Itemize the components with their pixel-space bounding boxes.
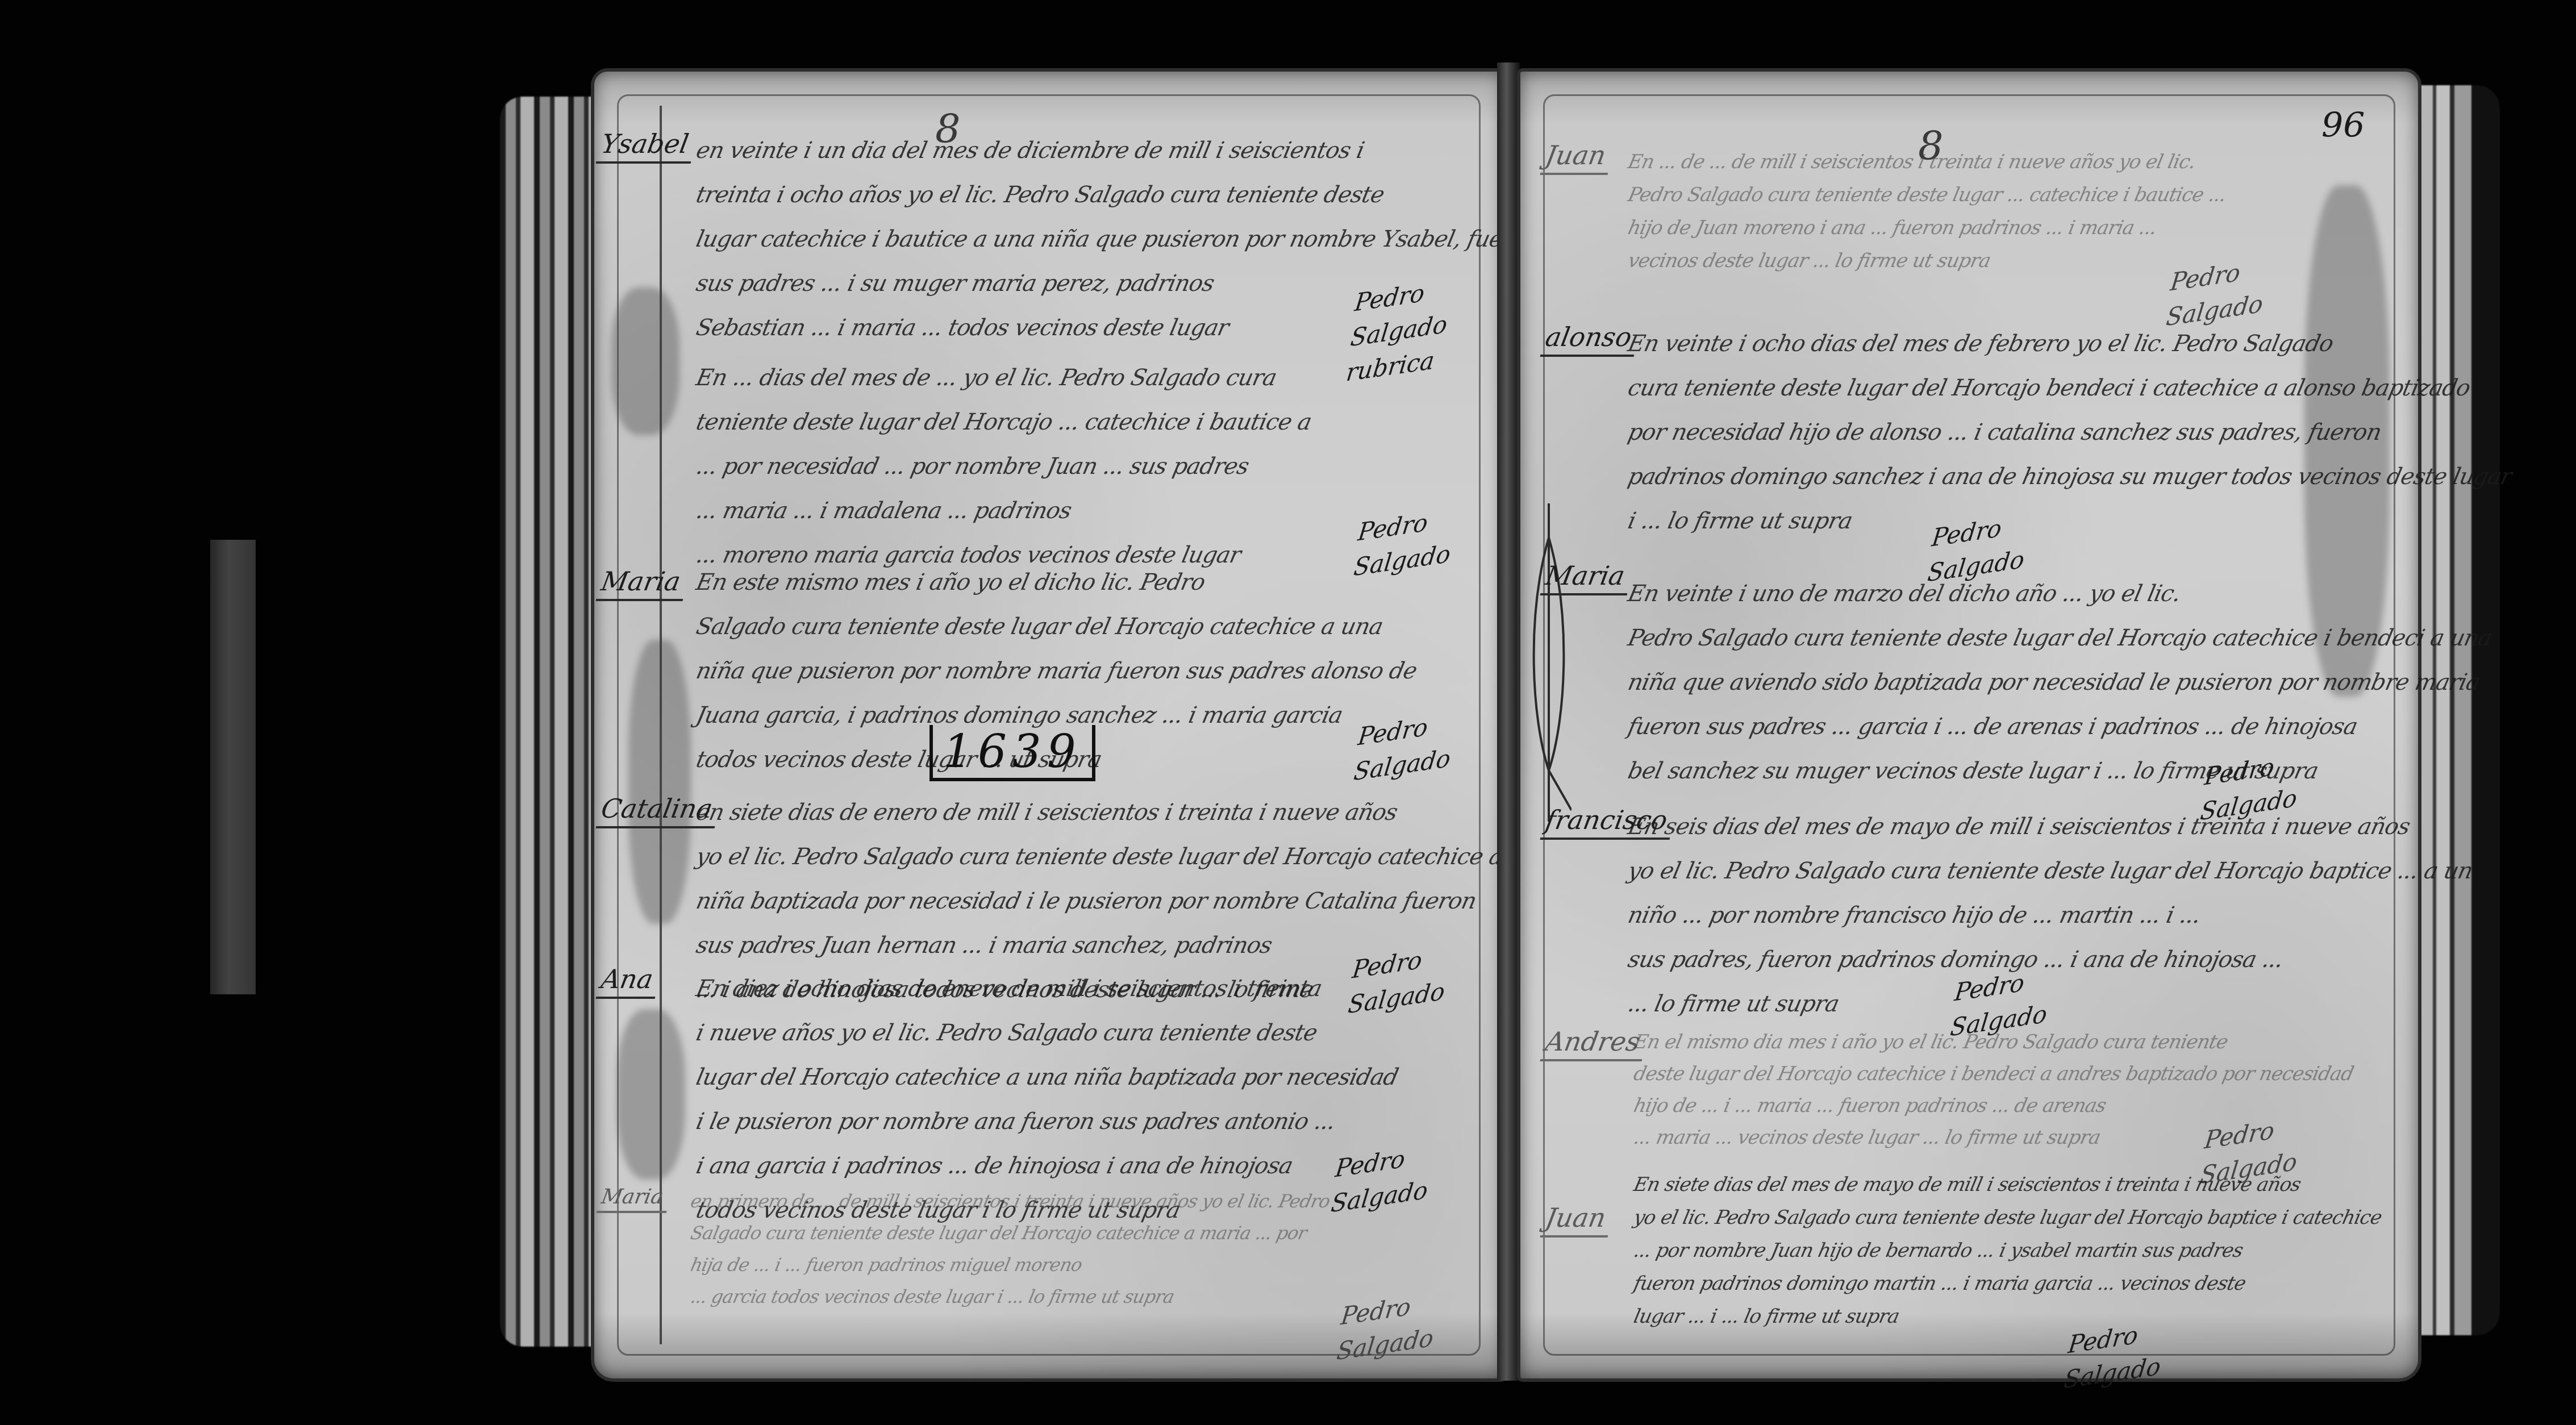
entry-line: En siete dias del mes de mayo de mill i …	[1631, 1168, 2385, 1201]
baptism-entry: En ... de ... de mill i seiscientos i tr…	[1628, 145, 2225, 277]
entry-line: Pedro Salgado cura teniente deste lugar …	[1624, 616, 2496, 660]
baptism-entry: en primero de ... de mill i seiscientos …	[691, 1185, 1329, 1313]
entry-line: En diez i ocho dias de enero de mill i s…	[692, 966, 1402, 1011]
entry-line: niño ... por nombre francisco hijo de ..…	[1624, 893, 2477, 938]
entry-line: ... maria ... i madalena ... padrinos	[692, 489, 1316, 533]
entry-line: i nueve años yo el lic. Pedro Salgado cu…	[692, 1011, 1402, 1055]
book-spine	[1497, 63, 1520, 1381]
baptism-entry: En veinte i uno de marzo del dicho año .…	[1628, 572, 2491, 793]
entry-line: ... garcia todos vecinos deste lugar i .…	[687, 1281, 1333, 1313]
entry-line: teniente deste lugar del Horcajo ... cat…	[692, 400, 1316, 444]
margin-name-ana: Ana	[596, 964, 661, 999]
entry-line: lugar ... i ... lo firme ut supra	[1631, 1300, 2385, 1333]
margin-name-maria: Maria	[1540, 560, 1633, 595]
entry-line: En veinte i uno de marzo del dicho año .…	[1624, 572, 2496, 616]
entry-line: ... por necesidad ... por nombre Juan ..…	[692, 444, 1316, 489]
water-stain	[611, 287, 680, 435]
entry-line: hijo de Juan moreno i ana ... fueron pad…	[1625, 211, 2229, 244]
scan-edge-strip	[210, 540, 256, 994]
entry-line: en primero de ... de mill i seiscientos …	[687, 1185, 1333, 1217]
margin-name-maria: Maria	[596, 566, 689, 601]
entry-line: En ... dias del mes de ... yo el lic. Pe…	[692, 356, 1316, 400]
curate-signature: Pedro Salgado	[2062, 1314, 2167, 1397]
margin-name-juan: Juan	[1540, 1202, 1614, 1237]
baptism-entry: En seis dias del mes de mayo de mill i s…	[1628, 805, 2472, 1026]
entry-line: en veinte i un dia del mes de diciembre …	[692, 128, 1545, 173]
right-page: 8 96 Juan En ... de ... de mill i seisci…	[1517, 68, 2421, 1382]
entry-line: en siete dias de enero de mill i seiscie…	[692, 790, 1555, 835]
entry-line: yo el lic. Pedro Salgado cura teniente d…	[692, 835, 1555, 879]
entry-line: cura teniente deste lugar del Horcajo be…	[1624, 366, 2516, 410]
entry-line: fueron sus padres ... garcia i ... de ar…	[1624, 705, 2496, 749]
entry-line: lugar del Horcajo catechice a una niña b…	[692, 1055, 1402, 1099]
margin-name-maria: Maria	[597, 1185, 671, 1213]
entry-line: vecinos deste lugar ... lo firme ut supr…	[1625, 244, 2229, 277]
entry-line: En seis dias del mes de mayo de mill i s…	[1624, 805, 2477, 849]
margin-name-alonso: alonso	[1540, 322, 1640, 357]
entry-line: Salgado cura teniente deste lugar del Ho…	[687, 1217, 1333, 1249]
entry-line: En el mismo dia mes i año yo el lic. Ped…	[1631, 1026, 2357, 1058]
entry-line: bel sanchez su muger vecinos deste lugar…	[1624, 749, 2496, 793]
entry-line: i ... lo firme ut supra	[1624, 499, 2516, 543]
entry-line: treinta i ocho años yo el lic. Pedro Sal…	[692, 173, 1545, 217]
margin-name-ysabel: Ysabel	[596, 128, 697, 164]
year-heading: 1639	[929, 725, 1095, 781]
curate-signature: Pedro Salgado	[1335, 1285, 1440, 1369]
entry-line: ... lo firme ut supra	[1624, 982, 2477, 1026]
entry-line: yo el lic. Pedro Salgado cura teniente d…	[1631, 1201, 2385, 1234]
entry-line: padrinos domingo sanchez i ana de hinojo…	[1624, 455, 2516, 499]
entry-line: En veinte i ocho dias del mes de febrero…	[1624, 322, 2516, 366]
water-stain	[617, 1009, 685, 1180]
ornament-flourish-icon	[1526, 503, 1572, 822]
curate-signature: Pedro Salgado	[1352, 706, 1457, 789]
entry-line: niña que aviendo sido baptizada por nece…	[1624, 660, 2496, 705]
entry-line: deste lugar del Horcajo catechice i bend…	[1631, 1058, 2357, 1090]
entry-line: yo el lic. Pedro Salgado cura teniente d…	[1624, 849, 2477, 893]
entry-line: niña que pusieron por nombre maria fuero…	[692, 649, 1422, 693]
baptism-entry: En veinte i ocho dias del mes de febrero…	[1628, 322, 2511, 543]
entry-line: fueron padrinos domingo martin ... i mar…	[1631, 1267, 2385, 1300]
water-stain	[628, 640, 691, 924]
entry-line: hija de ... i ... fueron padrinos miguel…	[687, 1249, 1333, 1281]
entry-line: ... por nombre Juan hijo de bernardo ...…	[1631, 1234, 2385, 1267]
entry-line: por necesidad hijo de alonso ... i catal…	[1624, 410, 2516, 455]
entry-line: Salgado cura teniente deste lugar del Ho…	[692, 605, 1422, 649]
open-register-book: 8 Ysabel en veinte i un dia del mes de d…	[500, 51, 2500, 1403]
baptism-entry: En ... dias del mes de ... yo el lic. Pe…	[697, 356, 1311, 577]
entry-line: niña baptizada por necesidad i le pusier…	[692, 879, 1555, 923]
entry-line: En este mismo mes i año yo el dicho lic.…	[692, 560, 1422, 605]
entry-line: lugar catechice i bautice a una niña que…	[692, 217, 1545, 261]
entry-line: En ... de ... de mill i seiscientos i tr…	[1625, 145, 2229, 178]
curate-signature: Pedro Salgado	[1329, 1137, 1434, 1221]
entry-line: i le pusieron por nombre ana fueron sus …	[692, 1099, 1402, 1144]
baptism-entry: En siete dias del mes de mayo de mill i …	[1634, 1168, 2381, 1333]
left-page: 8 Ysabel en veinte i un dia del mes de d…	[591, 68, 1507, 1382]
folio-number: 96	[2321, 106, 2365, 145]
entry-line: i ana garcia i padrinos ... de hinojosa …	[692, 1144, 1402, 1188]
margin-name-juan: Juan	[1540, 140, 1614, 175]
entry-line: Pedro Salgado cura teniente deste lugar …	[1625, 178, 2229, 211]
